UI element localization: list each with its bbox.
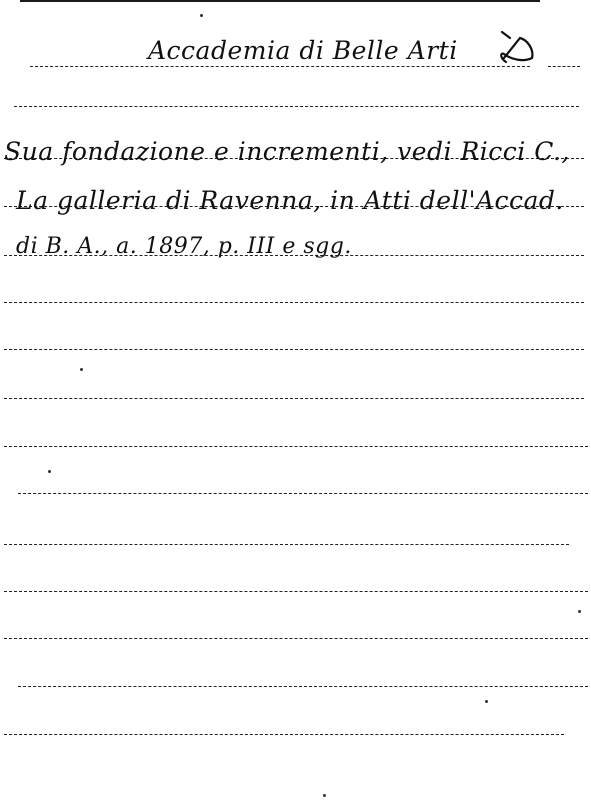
ruled-line (4, 591, 588, 592)
heading-rule (30, 66, 530, 67)
body-line-2: La galleria di Ravenna, in Atti dell'Acc… (16, 186, 564, 215)
ruled-line (14, 106, 579, 107)
ruled-line (18, 686, 588, 687)
ruled-line (18, 493, 588, 494)
ruled-line (4, 302, 584, 303)
ruled-line (4, 398, 584, 399)
scan-speck (323, 794, 326, 797)
heading-rule-tail (548, 66, 580, 67)
ruled-line (4, 446, 588, 447)
scan-speck (200, 14, 203, 17)
scan-speck (485, 700, 488, 703)
card-top-edge (20, 0, 540, 2)
card-heading: Accademia di Belle Arti (148, 36, 458, 65)
ruled-line (4, 349, 584, 350)
ruled-line (4, 734, 564, 735)
scan-speck (578, 610, 581, 613)
circled-cross-mark-icon (494, 28, 538, 72)
body-line-1: Sua fondazione e incrementi, vedi Ricci … (4, 137, 570, 166)
body-line-3: di B. A., a. 1897, p. III e sgg. (16, 234, 352, 259)
scan-speck (48, 470, 51, 473)
ruled-line (4, 544, 569, 545)
scan-speck (80, 368, 83, 371)
index-card: Accademia di Belle Arti Sua fondazione e… (0, 0, 591, 800)
ruled-line (4, 638, 588, 639)
